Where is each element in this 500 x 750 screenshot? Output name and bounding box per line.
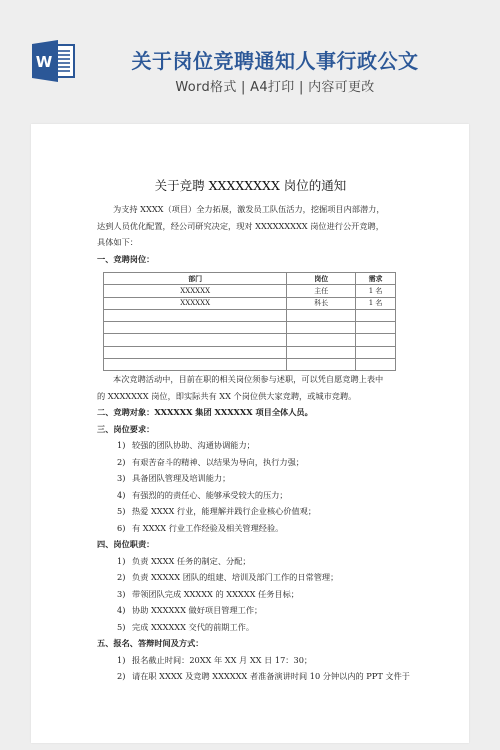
note-line-2: 的 XXXXXXX 岗位，即实际共有 XX 个岗位供大家竞聘，或城市竞聘。 bbox=[97, 391, 356, 402]
list-number: 4) bbox=[117, 605, 132, 615]
column-header-position: 岗位 bbox=[287, 273, 356, 285]
list-item: 3)具备团队管理及培训能力； bbox=[117, 473, 230, 484]
table-cell bbox=[104, 309, 287, 321]
list-text: 有强烈的的责任心、能够承受较大的压力； bbox=[132, 490, 288, 500]
list-item: 5)热爱 XXXX 行业，能理解并践行企业核心价值观； bbox=[117, 506, 316, 517]
list-number: 1) bbox=[117, 556, 132, 566]
table-cell: 1 名 bbox=[356, 285, 396, 297]
table-row: XXXXXX 主任 1 名 bbox=[104, 285, 396, 297]
section-1-heading: 一、竞聘岗位： bbox=[97, 254, 154, 265]
word-icon: W bbox=[32, 40, 76, 82]
table-cell: XXXXXX bbox=[104, 285, 287, 297]
list-text: 热爱 XXXX 行业，能理解并践行企业核心价值观； bbox=[132, 506, 316, 516]
list-item: 4)有强烈的的责任心、能够承受较大的压力； bbox=[117, 490, 288, 501]
list-text: 有 XXXX 行业工作经验及相关管理经验。 bbox=[132, 523, 283, 533]
list-text: 报名截止时间：20XX 年 XX 月 XX 日 17：30； bbox=[132, 655, 312, 665]
list-number: 3) bbox=[117, 589, 132, 599]
table-cell bbox=[356, 322, 396, 334]
intro-line-1: 为支持 XXXX（项目）全力拓展，激发员工队伍活力，挖掘项目内部潜力， bbox=[113, 204, 385, 215]
table-cell bbox=[104, 322, 287, 334]
table-cell: 1 名 bbox=[356, 297, 396, 309]
list-item: 3)带领团队完成 XXXXX 的 XXXXX 任务目标； bbox=[117, 589, 299, 600]
table-cell: XXXXXX bbox=[104, 297, 287, 309]
page-header: W 关于岗位竞聘通知人事行政公文 Word格式 | A4打印 | 内容可更改 bbox=[0, 0, 500, 124]
list-text: 带领团队完成 XXXXX 的 XXXXX 任务目标； bbox=[132, 589, 299, 599]
column-header-demand: 需求 bbox=[356, 273, 396, 285]
section-4-heading: 四、岗位职责： bbox=[97, 539, 154, 550]
list-text: 具备团队管理及培训能力； bbox=[132, 473, 230, 483]
list-number: 1) bbox=[117, 655, 132, 665]
list-text: 有艰苦奋斗的精神、以结果为导向，执行力强； bbox=[132, 457, 304, 467]
list-item: 1)负责 XXXX 任务的制定、分配； bbox=[117, 556, 251, 567]
table-cell bbox=[287, 309, 356, 321]
list-number: 2) bbox=[117, 671, 132, 681]
positions-table: 部门 岗位 需求 XXXXXX 主任 1 名 XXXXXX 科长 1 名 bbox=[103, 272, 396, 371]
list-item: 1)报名截止时间：20XX 年 XX 月 XX 日 17：30； bbox=[117, 655, 312, 666]
table-cell bbox=[356, 359, 396, 371]
table-cell: 主任 bbox=[287, 285, 356, 297]
list-text: 负责 XXXX 任务的制定、分配； bbox=[132, 556, 251, 566]
list-number: 2) bbox=[117, 572, 132, 582]
section-2-heading: 二、竞聘对象：XXXXXX 集团 XXXXXX 项目全体人员。 bbox=[97, 407, 313, 418]
table-cell: 科长 bbox=[287, 297, 356, 309]
header-subtitle: Word格式 | A4打印 | 内容可更改 bbox=[120, 76, 430, 95]
table-row bbox=[104, 346, 396, 358]
list-text: 较强的团队协助、沟通协调能力； bbox=[132, 440, 255, 450]
document-page: 关于竞聘 XXXXXXXX 岗位的通知 为支持 XXXX（项目）全力拓展，激发员… bbox=[31, 124, 469, 743]
list-item: 4)协助 XXXXXX 做好项目管理工作； bbox=[117, 605, 262, 616]
table-row bbox=[104, 309, 396, 321]
table-header-row: 部门 岗位 需求 bbox=[104, 273, 396, 285]
table-cell bbox=[104, 359, 287, 371]
header-title: 关于岗位竞聘通知人事行政公文 bbox=[120, 45, 430, 74]
list-number: 6) bbox=[117, 523, 132, 533]
list-text: 请在职 XXXX 及竞聘 XXXXXX 者准备演讲时间 10 分钟以内的 PPT… bbox=[132, 671, 410, 681]
document-title: 关于竞聘 XXXXXXXX 岗位的通知 bbox=[97, 176, 404, 194]
table-cell bbox=[104, 346, 287, 358]
table-cell bbox=[287, 346, 356, 358]
section-5-heading: 五、报名、答辩时间及方式： bbox=[97, 638, 203, 649]
section-3-heading: 三、岗位要求： bbox=[97, 424, 154, 435]
list-number: 1) bbox=[117, 440, 132, 450]
note-line-1: 本次竞聘活动中，目前在职的相关岗位须参与述职，可以凭自愿竞聘上表中 bbox=[113, 374, 383, 385]
table-cell bbox=[356, 334, 396, 346]
list-item: 6)有 XXXX 行业工作经验及相关管理经验。 bbox=[117, 523, 283, 534]
svg-text:W: W bbox=[36, 53, 53, 71]
table-row: XXXXXX 科长 1 名 bbox=[104, 297, 396, 309]
list-item: 2)负责 XXXXX 团队的组建、培训及部门工作的日常管理； bbox=[117, 572, 338, 583]
list-item: 1)较强的团队协助、沟通协调能力； bbox=[117, 440, 255, 451]
table-row bbox=[104, 334, 396, 346]
list-number: 5) bbox=[117, 506, 132, 516]
list-item: 5)完成 XXXXXX 交代的前期工作。 bbox=[117, 622, 254, 633]
list-number: 4) bbox=[117, 490, 132, 500]
intro-line-2: 达到人员优化配置，经公司研究决定，现对 XXXXXXXXX 岗位进行公开竞聘， bbox=[97, 221, 384, 232]
table-row bbox=[104, 359, 396, 371]
table-cell bbox=[287, 322, 356, 334]
intro-line-3: 具体如下： bbox=[97, 237, 138, 248]
list-item: 2)有艰苦奋斗的精神、以结果为导向，执行力强； bbox=[117, 457, 304, 468]
list-text: 完成 XXXXXX 交代的前期工作。 bbox=[132, 622, 254, 632]
list-number: 5) bbox=[117, 622, 132, 632]
table-cell bbox=[356, 309, 396, 321]
table-cell bbox=[287, 334, 356, 346]
table-row bbox=[104, 322, 396, 334]
column-header-department: 部门 bbox=[104, 273, 287, 285]
list-number: 2) bbox=[117, 457, 132, 467]
table-cell bbox=[104, 334, 287, 346]
list-text: 协助 XXXXXX 做好项目管理工作； bbox=[132, 605, 262, 615]
list-item: 2)请在职 XXXX 及竞聘 XXXXXX 者准备演讲时间 10 分钟以内的 P… bbox=[117, 671, 410, 682]
table-cell bbox=[287, 359, 356, 371]
list-number: 3) bbox=[117, 473, 132, 483]
table-cell bbox=[356, 346, 396, 358]
list-text: 负责 XXXXX 团队的组建、培训及部门工作的日常管理； bbox=[132, 572, 338, 582]
